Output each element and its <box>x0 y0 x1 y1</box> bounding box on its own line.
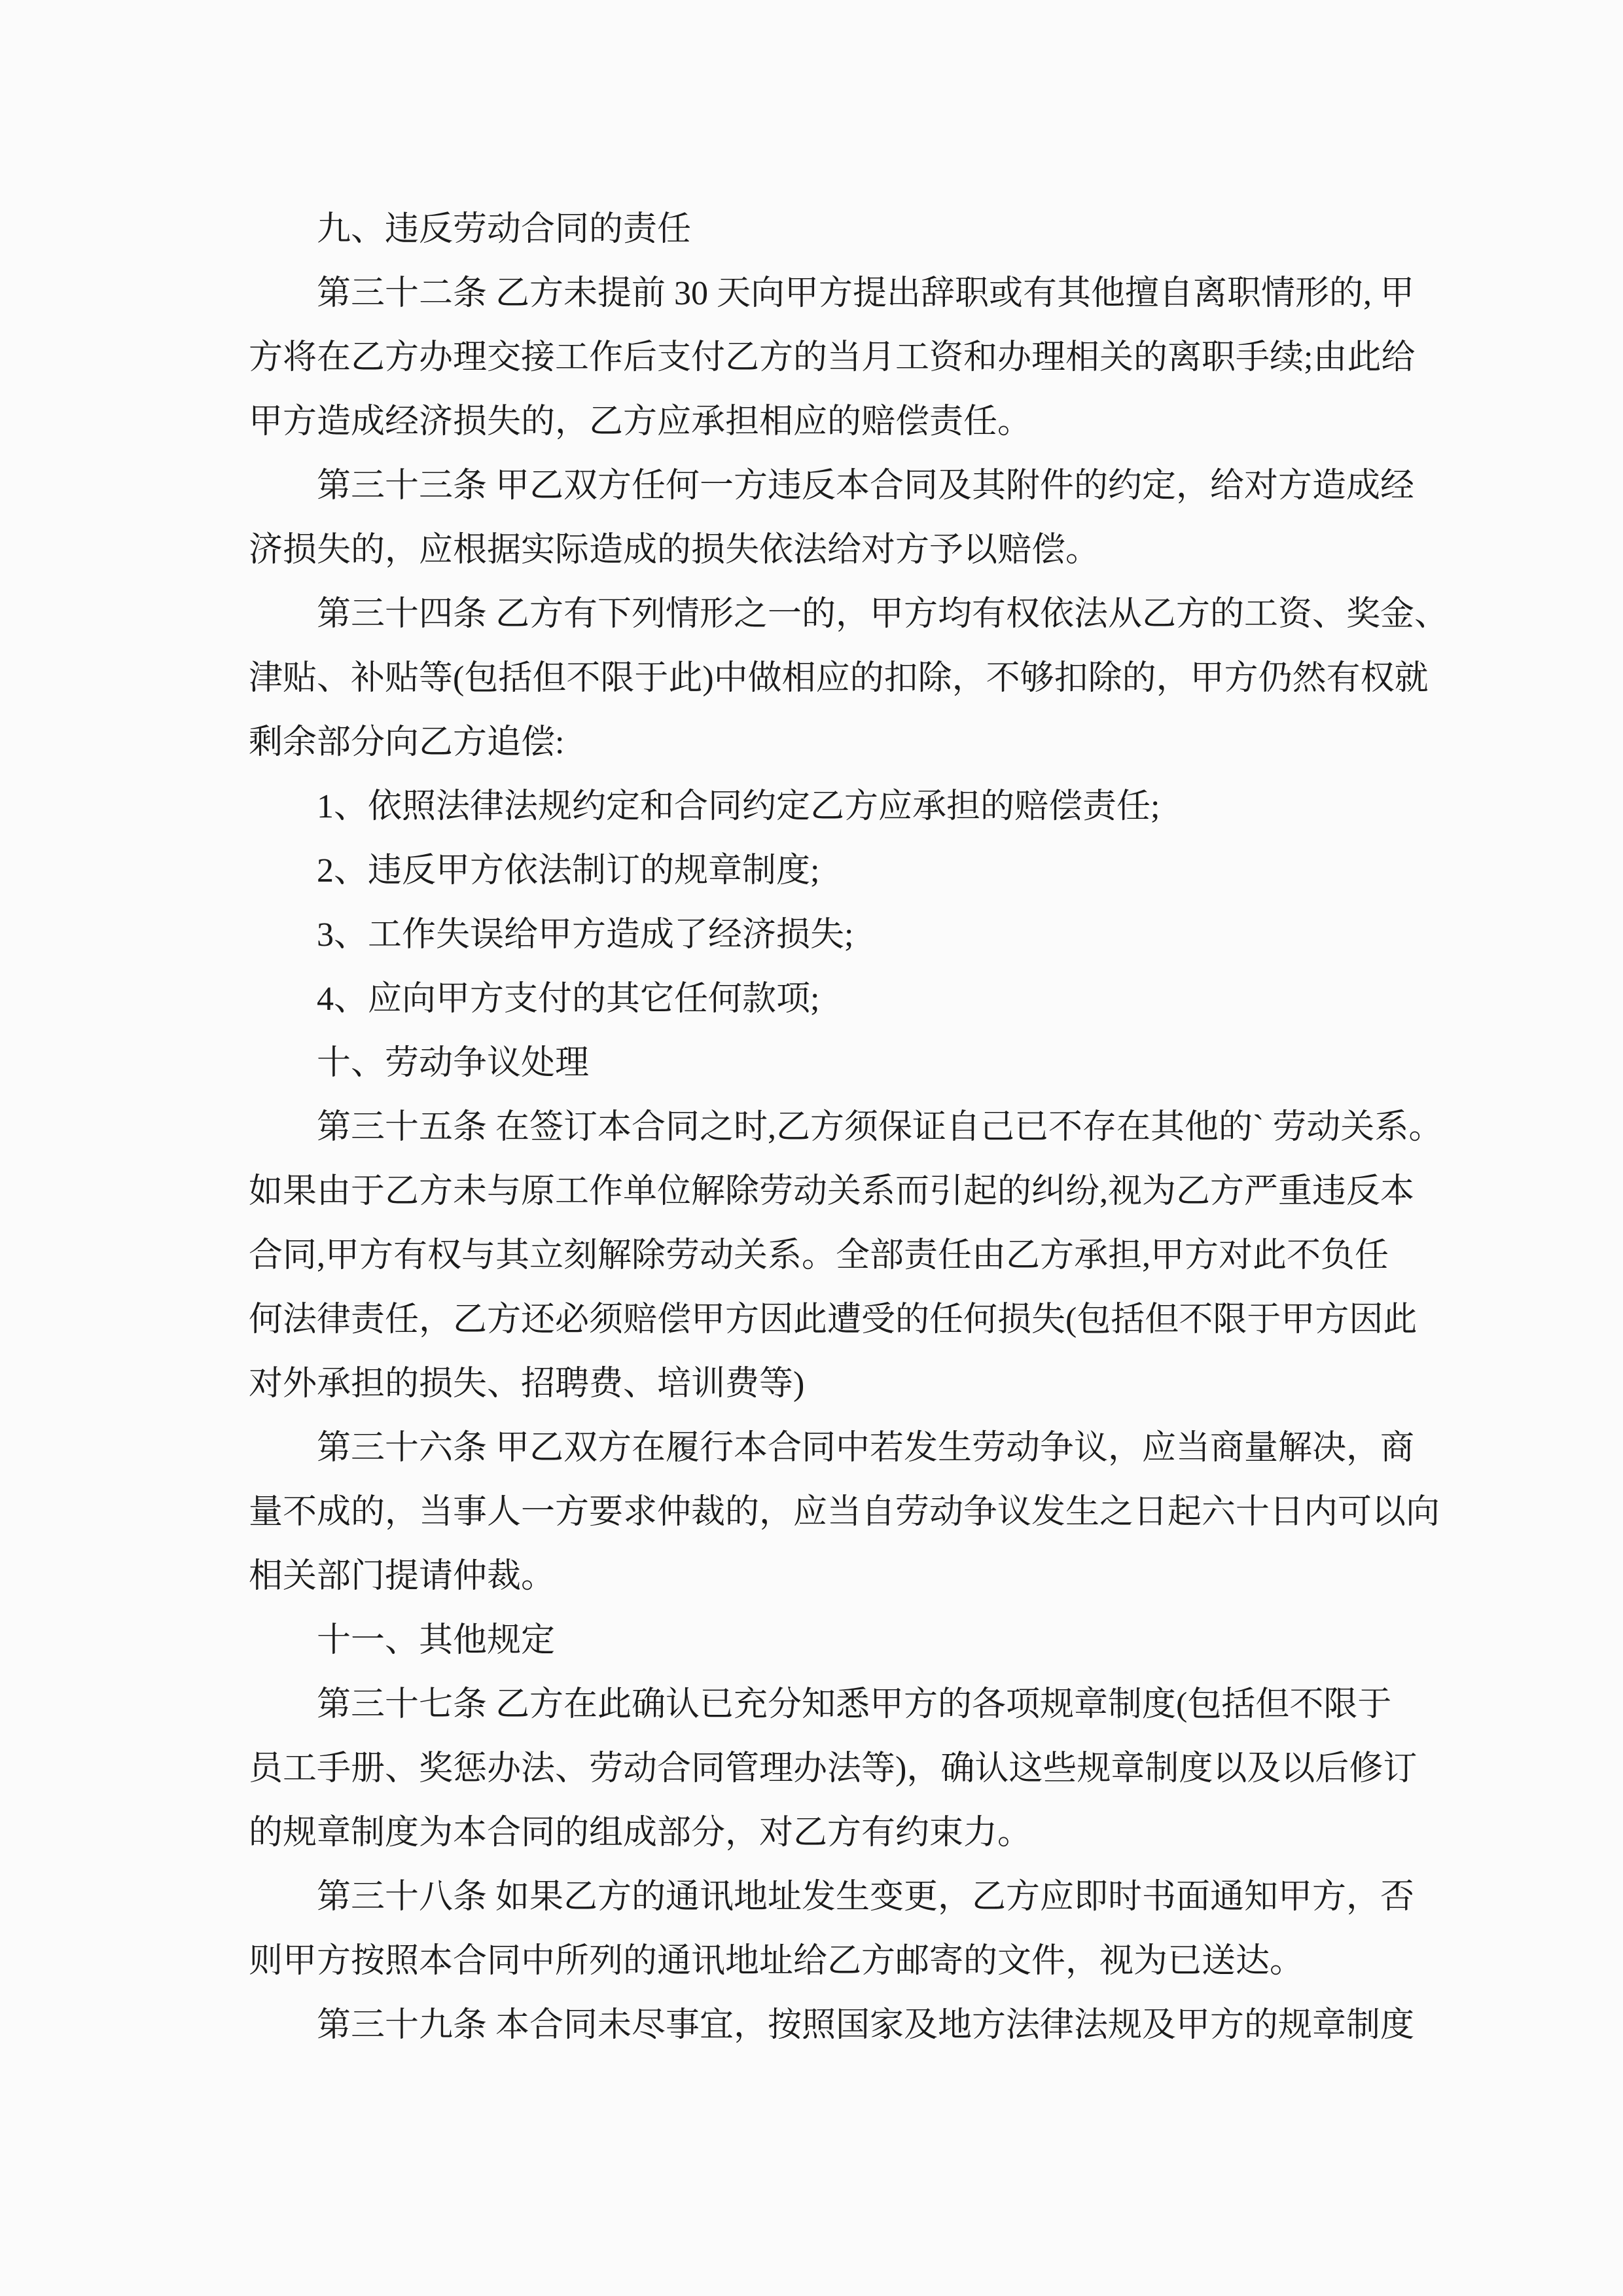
section-heading: 十一、其他规定 <box>249 1609 1408 1673</box>
paragraph-line: 方将在乙方办理交接工作后支付乙方的当月工资和办理相关的离职手续;由此给 <box>249 326 1408 390</box>
paragraph-line: 第三十六条 甲乙双方在履行本合同中若发生劳动争议，应当商量解决，商 <box>249 1416 1408 1480</box>
page: { "page": { "background_color": "#fbfbfb… <box>0 0 1623 2296</box>
document-body: 九、违反劳动合同的责任 第三十二条 乙方未提前 30 天向甲方提出辞职或有其他擅… <box>249 198 1408 2058</box>
paragraph-line: 第三十八条 如果乙方的通讯地址发生变更，乙方应即时书面通知甲方，否 <box>249 1865 1408 1929</box>
paragraph-line: 相关部门提请仲裁。 <box>249 1545 1408 1609</box>
paragraph-line: 第三十九条 本合同未尽事宜，按照国家及地方法律法规及甲方的规章制度 <box>249 1994 1408 2058</box>
paragraph-line: 第三十七条 乙方在此确认已充分知悉甲方的各项规章制度(包括但不限于 <box>249 1673 1408 1737</box>
paragraph-line: 第三十四条 乙方有下列情形之一的，甲方均有权依法从乙方的工资、奖金、 <box>249 583 1408 647</box>
paragraph-line: 甲方造成经济损失的，乙方应承担相应的赔偿责任。 <box>249 390 1408 454</box>
paragraph-line: 济损失的，应根据实际造成的损失依法给对方予以赔偿。 <box>249 518 1408 583</box>
paragraph-line: 合同,甲方有权与其立刻解除劳动关系。全部责任由乙方承担,甲方对此不负任 <box>249 1224 1408 1288</box>
paragraph-line: 津贴、补贴等(包括但不限于此)中做相应的扣除，不够扣除的，甲方仍然有权就 <box>249 647 1408 711</box>
list-item: 1、依照法律法规约定和合同约定乙方应承担的赔偿责任; <box>249 775 1408 839</box>
section-heading: 九、违反劳动合同的责任 <box>249 198 1408 262</box>
paragraph-line: 则甲方按照本合同中所列的通讯地址给乙方邮寄的文件，视为已送达。 <box>249 1929 1408 1994</box>
paragraph-line: 的规章制度为本合同的组成部分，对乙方有约束力。 <box>249 1801 1408 1865</box>
paragraph-line: 何法律责任，乙方还必须赔偿甲方因此遭受的任何损失(包括但不限于甲方因此 <box>249 1288 1408 1352</box>
paragraph-line: 第三十三条 甲乙双方任何一方违反本合同及其附件的约定，给对方造成经 <box>249 454 1408 518</box>
list-item: 3、工作失误给甲方造成了经济损失; <box>249 903 1408 967</box>
paragraph-line: 对外承担的损失、招聘费、培训费等) <box>249 1352 1408 1416</box>
list-item: 2、违反甲方依法制订的规章制度; <box>249 839 1408 903</box>
paragraph-line: 量不成的，当事人一方要求仲裁的，应当自劳动争议发生之日起六十日内可以向 <box>249 1480 1408 1545</box>
paragraph-line: 第三十二条 乙方未提前 30 天向甲方提出辞职或有其他擅自离职情形的, 甲 <box>249 262 1408 326</box>
section-heading: 十、劳动争议处理 <box>249 1031 1408 1096</box>
paragraph-line: 第三十五条 在签订本合同之时,乙方须保证自己已不存在其他的` 劳动关系。 <box>249 1096 1408 1160</box>
list-item: 4、应向甲方支付的其它任何款项; <box>249 967 1408 1031</box>
paragraph-line: 如果由于乙方未与原工作单位解除劳动关系而引起的纠纷,视为乙方严重违反本 <box>249 1160 1408 1224</box>
paragraph-line: 员工手册、奖惩办法、劳动合同管理办法等)，确认这些规章制度以及以后修订 <box>249 1737 1408 1801</box>
paragraph-line: 剩余部分向乙方追偿: <box>249 711 1408 775</box>
